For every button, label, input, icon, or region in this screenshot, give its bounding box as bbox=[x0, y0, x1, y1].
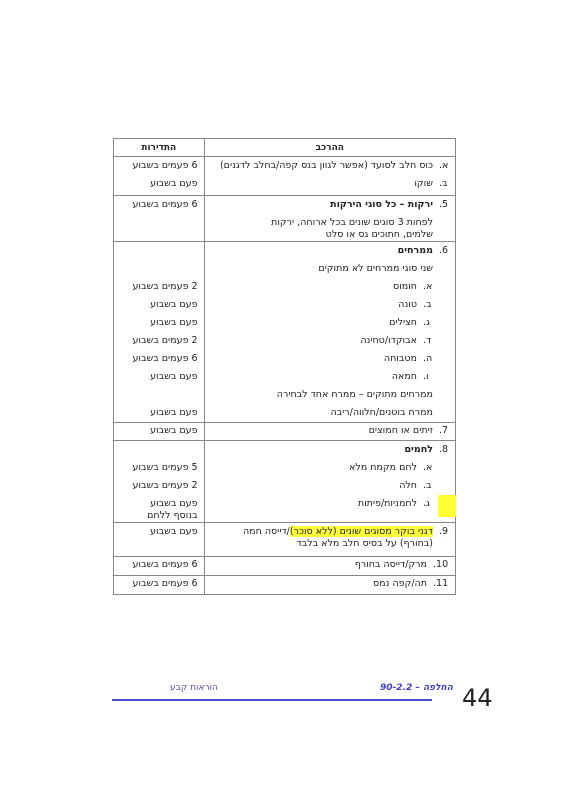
list-item: ה. מטבוחה bbox=[205, 350, 455, 368]
list-item: ב. שוקו bbox=[205, 175, 455, 193]
frequency-value: 5 פעמים בשבוע bbox=[114, 459, 204, 477]
frequency-value: 6 פעמים בשבוע bbox=[114, 350, 204, 368]
frequency-value: פעם בשבוע bbox=[114, 423, 204, 439]
frequency-value: פעם בשבוע bbox=[114, 523, 204, 541]
document-page: ההרכב התדירות א. כוס חלב לסועד (אפשר לגו… bbox=[0, 0, 587, 811]
table-header-row: ההרכב התדירות bbox=[114, 139, 456, 157]
highlighted-text: דגני בוקר מסוגים שונים (ללא סוכר) bbox=[290, 526, 433, 537]
footer-replacement-code: החלפה – 90-2.2 bbox=[380, 683, 453, 693]
list-item: ד. אבוקדו/טחינה bbox=[205, 332, 455, 350]
table-row: 11. תה/קפה נמס 6 פעמים בשבוע bbox=[114, 576, 456, 595]
frequency-value: פעם בשבוע bbox=[114, 175, 204, 193]
table-row: 7. זיתים או חמוצים פעם בשבוע bbox=[114, 423, 456, 441]
frequency-value: 2 פעמים בשבוע bbox=[114, 278, 204, 296]
list-item: א. חומוס bbox=[205, 278, 455, 296]
frequency-value: 6 פעמים בשבוע bbox=[114, 576, 204, 593]
list-item: ו. חמאה bbox=[205, 368, 455, 386]
list-item: ב. טונה bbox=[205, 296, 455, 314]
frequency-value: פעם בשבוע bbox=[114, 368, 204, 386]
page-number: 44 bbox=[462, 684, 493, 712]
footer-doc-title: הוראות קבע bbox=[170, 683, 218, 693]
frequency-value: פעם בשבוע bbox=[114, 314, 204, 332]
table-row: 9. דגני בוקר מסוגים שונים (ללא סוכר)/דיי… bbox=[114, 523, 456, 557]
list-item: א. כוס חלב לסועד (אפשר לגוון בנס קפה/בחל… bbox=[205, 157, 455, 175]
highlight-marker bbox=[438, 495, 456, 517]
table-row: 8. לחמים א. לחם מקמח מלא ב. חלה ג. לחמני… bbox=[114, 441, 456, 523]
frequency-value: פעם בשבוע בנוסף ללחם bbox=[114, 495, 204, 522]
footer-divider bbox=[112, 699, 432, 701]
frequency-value: פעם בשבוע bbox=[114, 404, 204, 422]
header-composition: ההרכב bbox=[204, 139, 455, 157]
table-row: 6. ממרחים שני סוגי ממרחים לא מתוקים א. ח… bbox=[114, 242, 456, 423]
frequency-value: 6 פעמים בשבוע bbox=[114, 157, 204, 175]
menu-composition-table: ההרכב התדירות א. כוס חלב לסועד (אפשר לגו… bbox=[113, 138, 456, 595]
header-frequency: התדירות bbox=[114, 139, 205, 157]
section-title: ממרחים bbox=[205, 245, 439, 257]
list-item: א. לחם מקמח מלא bbox=[205, 459, 455, 477]
frequency-value: 6 פעמים בשבוע bbox=[114, 557, 204, 574]
section-description: לפחות 3 סוגים שונים בכל ארוחה, ירקות שלמ… bbox=[205, 217, 439, 241]
list-item: ב. חלה bbox=[205, 477, 455, 495]
list-item: ממרח בוטנים/חלווה/ריבה bbox=[205, 404, 455, 422]
frequency-value: 2 פעמים בשבוע bbox=[114, 477, 204, 495]
table-row: 10. מרק/דייסה בחורף 6 פעמים בשבוע bbox=[114, 557, 456, 576]
section-title: ירקות – כל סוגי הירקות bbox=[205, 199, 439, 211]
table-row: א. כוס חלב לסועד (אפשר לגוון בנס קפה/בחל… bbox=[114, 157, 456, 196]
list-item: ג. לחמניות/פיתות bbox=[205, 495, 455, 513]
list-item: ג. חצילים bbox=[205, 314, 455, 332]
frequency-value: 2 פעמים בשבוע bbox=[114, 332, 204, 350]
table-row: 5. ירקות – כל סוגי הירקות לפחות 3 סוגים … bbox=[114, 196, 456, 242]
frequency-value: 6 פעמים בשבוע bbox=[114, 196, 204, 214]
section-title: לחמים bbox=[205, 444, 439, 456]
frequency-value: פעם בשבוע bbox=[114, 296, 204, 314]
